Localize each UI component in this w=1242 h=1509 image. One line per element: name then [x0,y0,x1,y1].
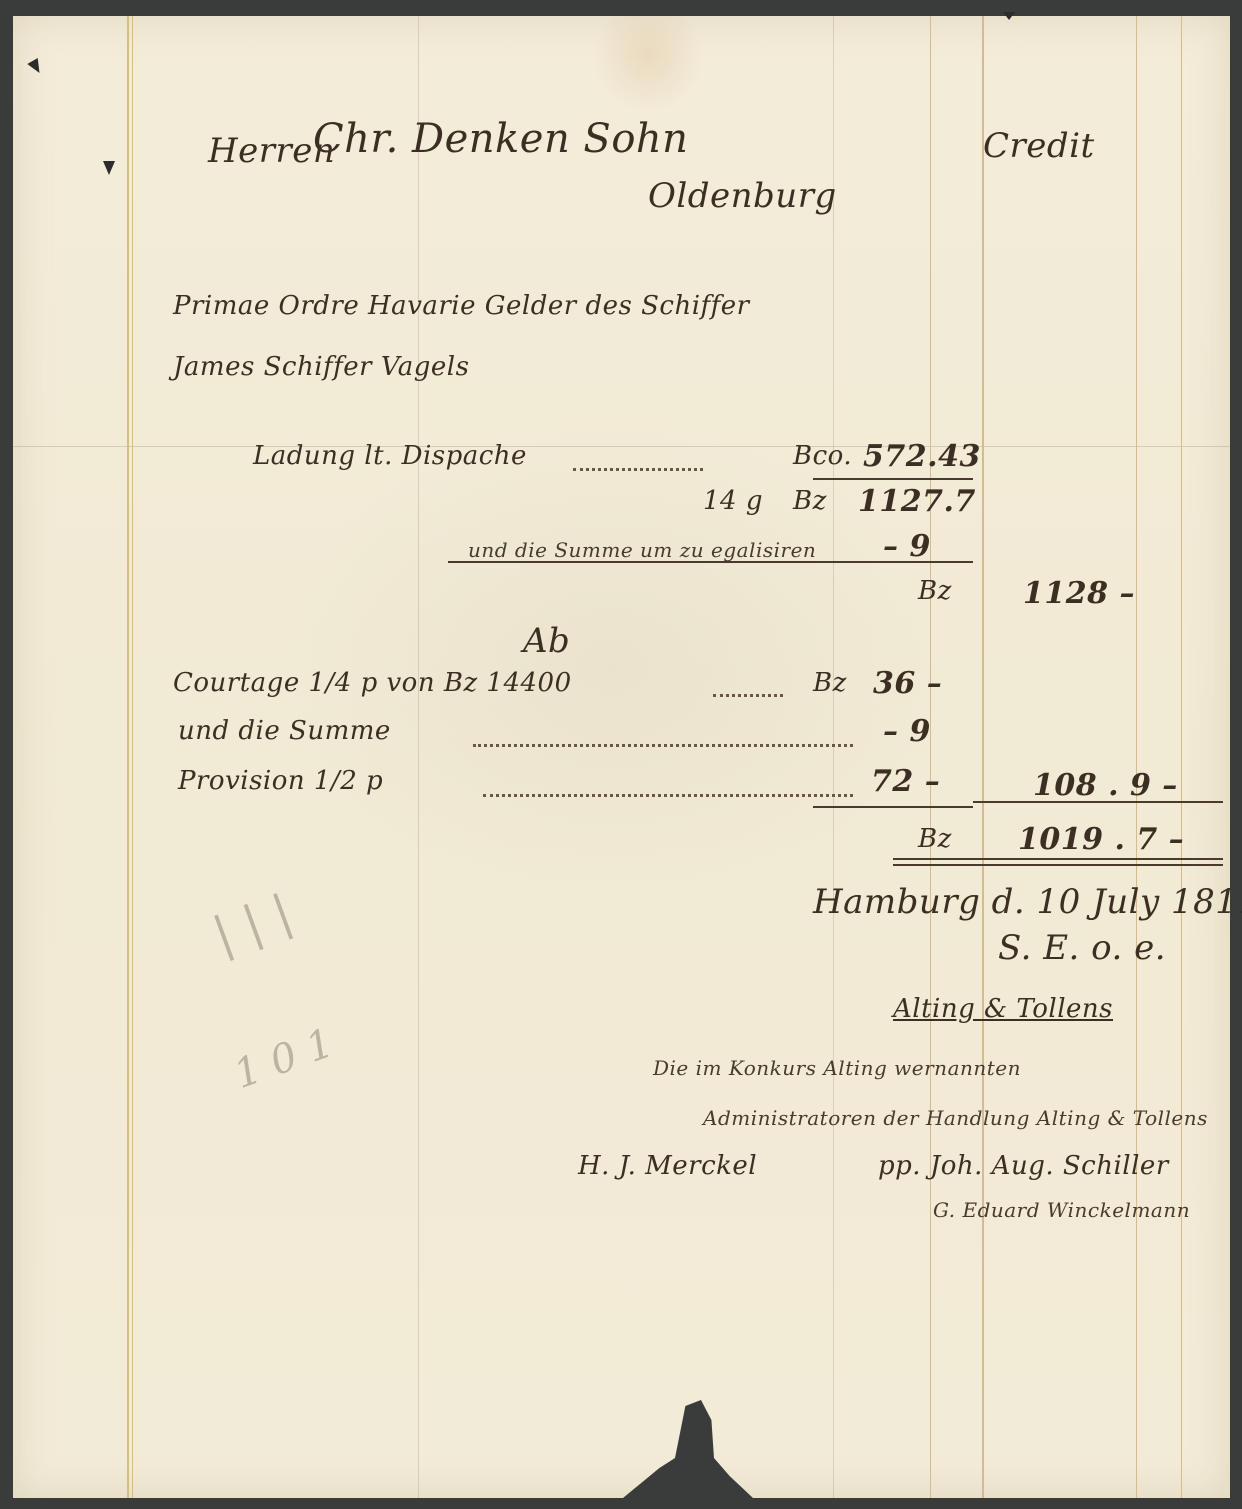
total-double-rule [893,858,1223,860]
bleed-through-mark: | | | [206,884,299,964]
attestation-line-2: Administratoren der Handlung Alting & To… [703,1106,1208,1130]
entry-amount: – 9 [883,529,931,564]
total-currency: Bz [918,824,952,854]
description-line-1: Primae Ordre Havarie Gelder des Schiffer [173,291,750,321]
deduction-currency: Bz [813,668,847,698]
credit-amount: 1128 – [1023,576,1135,611]
entry-currency: Bz [918,576,952,606]
margin-mark [27,58,44,76]
column-rule [982,16,984,1498]
sum-rule [448,561,973,563]
deduction-amount: 72 – [871,764,940,799]
torn-edge [623,1398,753,1498]
signature-initials: S. E. o. e. [998,928,1166,968]
addressee-place: Oldenburg [648,176,837,216]
column-rule [1136,16,1137,1498]
attestation-line-1: Die im Konkurs Alting wernannten [653,1056,1021,1080]
signatory-1: H. J. Merckel [578,1151,757,1181]
total-double-rule [893,864,1223,866]
entry-amount: 572.43 [863,439,981,474]
total-amount: 1019 . 7 – [1018,822,1184,857]
column-rule [1181,16,1182,1498]
deductions-subtotal: 108 . 9 – [1033,768,1178,803]
fold-crease [13,446,1230,447]
margin-rule [132,16,133,1498]
entry-label: Ladung lt. Dispache [253,441,527,471]
firm-name: Alting & Tollens [893,994,1113,1024]
deduction-amount: 36 – [873,666,942,701]
deductions-heading: Ab [523,621,570,661]
bleed-through-mark: 1 0 1 [228,1020,339,1098]
margin-mark [103,161,115,175]
entry-amount: 1127.7 [858,484,976,519]
fold-crease [418,16,419,1498]
leader-dots [473,744,853,747]
leader-dots [573,468,703,471]
sum-rule [973,801,1223,803]
ledger-sheet: | | | 1 0 1 Herren Chr. Denken Sohn Olde… [13,16,1230,1498]
sum-rule [813,478,973,480]
leader-dots [483,794,853,797]
fold-crease [833,16,834,1498]
place-and-date: Hamburg d. 10 July 1811 [813,882,1242,922]
leader-dots [713,694,783,697]
credit-column-title: Credit [983,126,1095,166]
column-rule [930,16,931,1498]
description-line-2: James Schiffer Vagels [173,352,469,382]
deduction-label: und die Summe [178,716,391,746]
margin-mark [1003,12,1015,20]
signatory-3: G. Eduard Winckelmann [933,1198,1190,1222]
deduction-amount: – 9 [883,714,931,749]
margin-rule [127,16,129,1498]
sum-rule [813,806,973,808]
entry-multiplier: 14 g [703,486,763,516]
signatory-2: pp. Joh. Aug. Schiller [878,1151,1169,1181]
addressee-name: Chr. Denken Sohn [313,116,688,162]
deduction-label: Courtage 1/4 p von Bz 14400 [173,668,572,698]
deduction-label: Provision 1/2 p [178,766,383,796]
entry-label: und die Summe um zu egalisiren [468,538,816,562]
entry-currency: Bz [793,486,827,516]
entry-currency: Bco. [793,441,852,471]
